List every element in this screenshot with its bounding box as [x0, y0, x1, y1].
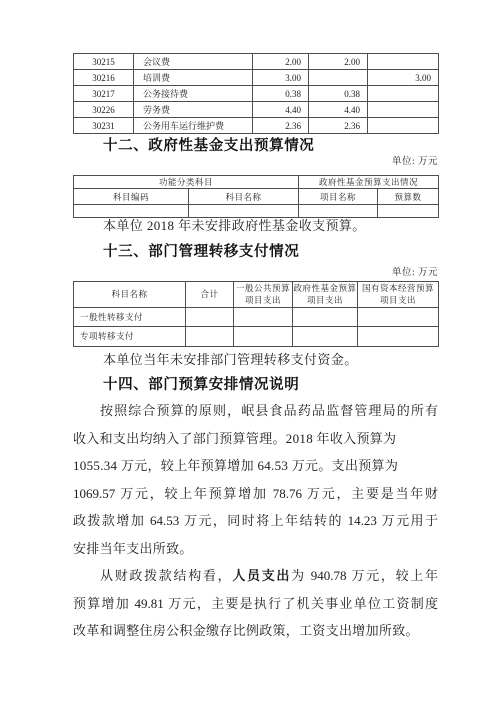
- empty-cell: [358, 326, 439, 346]
- section-12-note: 本单位 2018 年未安排政府性基金收支预算。: [103, 216, 366, 236]
- amount-total: 4.40: [253, 102, 309, 118]
- paragraph-line: 政拨款增加 64.53 万元，同时将上年结转的 14.23 万元用于: [73, 507, 438, 535]
- empty-cell: [234, 326, 293, 346]
- row-label-special-transfer: 专项转移支付: [74, 326, 186, 346]
- amount-total: 0.38: [253, 86, 309, 102]
- section-13-heading: 十三、部门管理转移支付情况: [103, 243, 299, 261]
- subject-name: 公务接待费: [134, 86, 253, 102]
- paragraph-line: 安排当年支出所致。: [73, 535, 438, 563]
- header-line-1: 政府性基金预算: [293, 283, 356, 293]
- column-header-row: 科目编码 科目名称 项目名称 预算数: [74, 189, 439, 205]
- paragraph-line: 按照综合预算的原则，岷县食品药品监督管理局的所有: [73, 397, 438, 425]
- amount-basic: 2.36: [309, 118, 368, 134]
- group-header-fund: 政府性基金预算支出情况: [299, 176, 439, 189]
- table-row: 30216 培训费 3.00 3.00: [74, 70, 439, 86]
- amount-project: [368, 118, 439, 134]
- unit-label: 单位: 万元: [73, 153, 438, 167]
- empty-cell: [186, 326, 234, 346]
- empty-cell: [293, 307, 358, 326]
- budget-explanation-text: 按照综合预算的原则，岷县食品药品监督管理局的所有 收入和支出均纳入了部门预算管理…: [73, 397, 438, 645]
- col-header-gov-fund: 政府性基金预算项目支出: [293, 282, 358, 308]
- amount-project: 3.00: [368, 70, 439, 86]
- empty-cell: [358, 307, 439, 326]
- document-page: 30215 会议费 2.00 2.00 30216 培训费 3.00 3.00 …: [0, 0, 500, 707]
- amount-basic: 4.40: [309, 102, 368, 118]
- paragraph-line: 收入和支出均纳入了部门预算管理。2018 年收入预算为: [73, 425, 438, 453]
- header-line-2: 项目支出: [307, 295, 343, 305]
- paragraph-line: 1069.57 万元，较上年预算增加 78.76 万元，主要是当年财: [73, 480, 438, 508]
- amount-basic: [309, 70, 368, 86]
- amount-basic: 2.00: [309, 54, 368, 70]
- col-header-total: 合计: [186, 282, 234, 308]
- paragraph-line: 改革和调整住房公积金缴存比例政策，工资支出增加所致。: [73, 617, 438, 645]
- table-row: 30231 公务用车运行维护费 2.36 2.36: [74, 118, 439, 134]
- col-header-state-capital: 国有资本经营预算项目支出: [358, 282, 439, 308]
- section-14-heading: 十四、部门预算安排情况说明: [103, 376, 299, 394]
- empty-cell: [378, 205, 439, 218]
- amount-total: 3.00: [253, 70, 309, 86]
- header-line-2: 项目支出: [245, 295, 281, 305]
- amount-total: 2.00: [253, 54, 309, 70]
- subject-code: 30215: [74, 54, 134, 70]
- unit-label: 单位: 万元: [73, 264, 438, 278]
- row-label-general-transfer: 一般性转移支付: [74, 307, 186, 326]
- text-segment: 从财政拨款结构看，: [100, 568, 232, 583]
- paragraph-line: 预算增加 49.81 万元，主要是执行了机关事业单位工资制度: [73, 590, 438, 618]
- empty-cell: [234, 307, 293, 326]
- col-header-project: 项目名称: [299, 189, 378, 205]
- subject-code: 30231: [74, 118, 134, 134]
- col-header-name: 科目名称: [189, 189, 299, 205]
- subject-name: 劳务费: [134, 102, 253, 118]
- personnel-expense-emphasis: 人员支出: [232, 568, 291, 583]
- subject-code: 30226: [74, 102, 134, 118]
- subject-code: 30217: [74, 86, 134, 102]
- col-header-subject: 科目名称: [74, 282, 186, 308]
- group-header-row: 功能分类科目 政府性基金预算支出情况: [74, 176, 439, 189]
- table-row: 30215 会议费 2.00 2.00: [74, 54, 439, 70]
- amount-total: 2.36: [253, 118, 309, 134]
- table-row: 一般性转移支付: [74, 307, 439, 326]
- col-header-general-budget: 一般公共预算项目支出: [234, 282, 293, 308]
- subject-code: 30216: [74, 70, 134, 86]
- col-header-budget: 预算数: [378, 189, 439, 205]
- amount-project: [368, 54, 439, 70]
- col-header-code: 科目编码: [74, 189, 189, 205]
- empty-cell: [186, 307, 234, 326]
- group-header-function: 功能分类科目: [74, 176, 299, 189]
- subject-name: 培训费: [134, 70, 253, 86]
- gov-fund-budget-table: 功能分类科目 政府性基金预算支出情况 科目编码 科目名称 项目名称 预算数: [73, 175, 439, 218]
- header-line-2: 项目支出: [380, 295, 416, 305]
- table-row: 专项转移支付: [74, 326, 439, 346]
- column-header-row: 科目名称 合计 一般公共预算项目支出 政府性基金预算项目支出 国有资本经营预算项…: [74, 282, 439, 308]
- header-line-1: 一般公共预算: [236, 283, 290, 293]
- section-13-note: 本单位当年未安排部门管理转移支付资金。: [103, 350, 358, 370]
- subject-name: 会议费: [134, 54, 253, 70]
- text-segment: 为 940.78 万元，较上年: [291, 568, 438, 583]
- header-line-1: 国有资本经营预算: [362, 283, 434, 293]
- expense-budget-table: 30215 会议费 2.00 2.00 30216 培训费 3.00 3.00 …: [73, 53, 439, 134]
- amount-project: [368, 102, 439, 118]
- subject-name: 公务用车运行维护费: [134, 118, 253, 134]
- paragraph-line: 1055.34 万元，较上年预算增加 64.53 万元。支出预算为: [73, 452, 438, 480]
- amount-basic: 0.38: [309, 86, 368, 102]
- paragraph-line: 从财政拨款结构看，人员支出为 940.78 万元，较上年: [73, 562, 438, 590]
- table-row: 30226 劳务费 4.40 4.40: [74, 102, 439, 118]
- empty-cell: [293, 326, 358, 346]
- transfer-payment-table: 科目名称 合计 一般公共预算项目支出 政府性基金预算项目支出 国有资本经营预算项…: [73, 281, 439, 347]
- amount-project: [368, 86, 439, 102]
- table-row: 30217 公务接待费 0.38 0.38: [74, 86, 439, 102]
